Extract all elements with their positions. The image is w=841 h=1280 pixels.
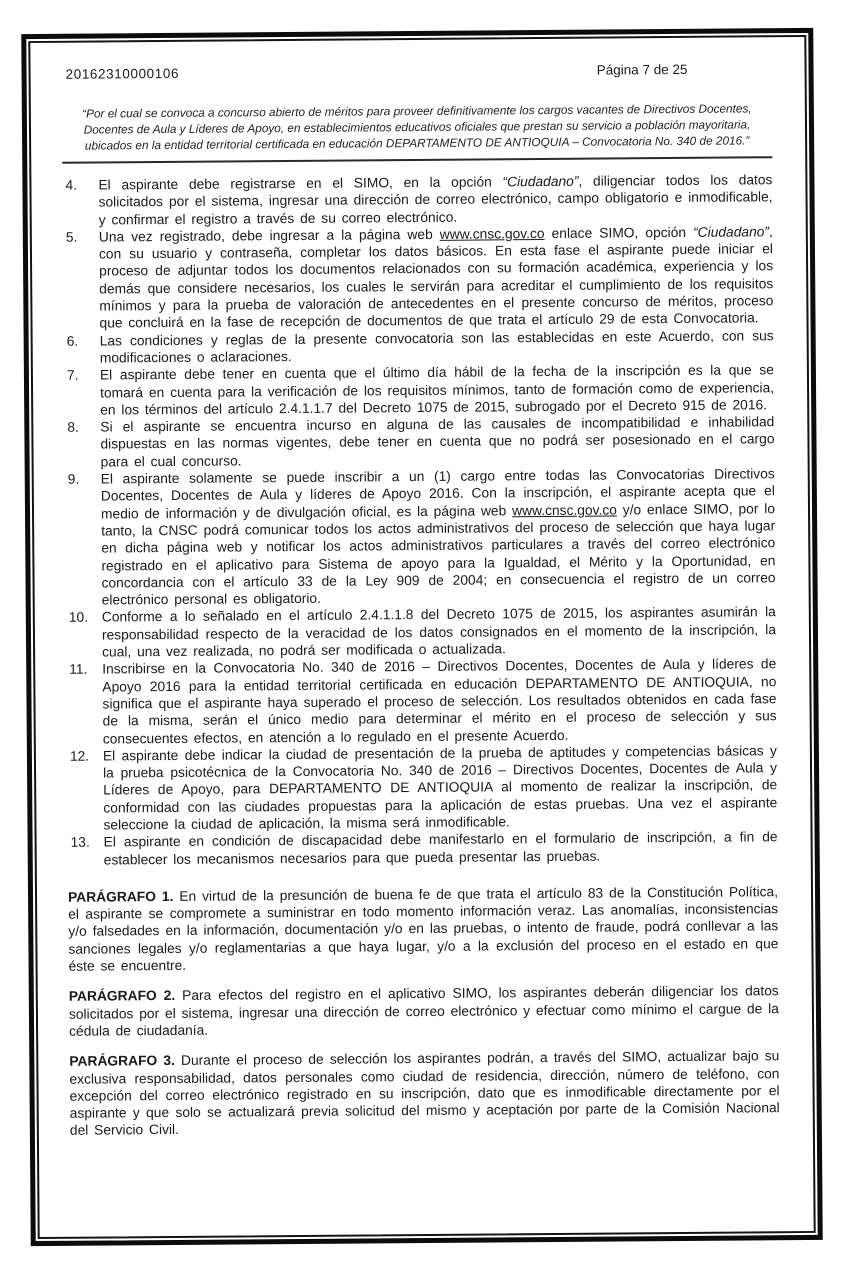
item-text: El aspirante debe indicar la ciudad de p… <box>103 742 778 834</box>
item-text: Conforme a lo señalado en el artículo 2.… <box>102 604 776 661</box>
page-content: 20162310000106 Página 7 de 25 “Por el cu… <box>32 39 811 1235</box>
paragraph: PARÁGRAFO 2. Para efectos del registro e… <box>69 983 779 1040</box>
list-item: 7. El aspirante debe tener en cuenta que… <box>64 361 774 418</box>
list-item: 12. El aspirante debe indicar la ciudad … <box>67 742 778 834</box>
item-text: El aspirante debe tener en cuenta que el… <box>100 361 774 418</box>
list-item: 8. Si el aspirante se encuentra incurso … <box>64 413 774 470</box>
item-text: El aspirante en condición de discapacida… <box>104 828 778 868</box>
paragraphs-section: PARÁGRAFO 1. En virtud de la presunción … <box>68 883 780 1139</box>
text-run: El aspirante debe registrarse en el SIMO… <box>98 174 502 192</box>
doc-header: 20162310000106 Página 7 de 25 <box>62 61 772 83</box>
document-page: 20162310000106 Página 7 de 25 “Por el cu… <box>0 0 841 1280</box>
item-text: Si el aspirante se encuentra incurso en … <box>100 413 774 470</box>
paragraph: PARÁGRAFO 1. En virtud de la presunción … <box>68 883 779 975</box>
item-number: 10. <box>66 609 102 661</box>
header-quote: “Por el cual se convoca a concurso abier… <box>72 100 762 153</box>
item-number: 13. <box>68 834 104 869</box>
separator-line <box>62 156 772 164</box>
list-item: 13. El aspirante en condición de discapa… <box>68 828 778 868</box>
doc-number: 20162310000106 <box>62 66 180 83</box>
text-run: Una vez registrado, debe ingresar a la p… <box>99 227 440 245</box>
list-item: 4. El aspirante debe registrarse en el S… <box>62 171 772 228</box>
list-item: 11. Inscribirse en la Convocatoria No. 3… <box>66 656 777 748</box>
text-run: El aspirante debe tener en cuenta que el… <box>100 362 774 417</box>
item-text: El aspirante debe registrarse en el SIMO… <box>98 171 772 228</box>
text-run: “Ciudadano” <box>693 224 769 240</box>
page-border-frame: 20162310000106 Página 7 de 25 “Por el cu… <box>21 28 822 1246</box>
item-number: 12. <box>67 747 104 834</box>
text-run: “Ciudadano” <box>502 174 578 190</box>
item-number: 4. <box>62 177 98 229</box>
list-item: 6. Las condiciones y reglas de la presen… <box>64 327 774 367</box>
inner-border: 20162310000106 Página 7 de 25 “Por el cu… <box>28 35 815 1239</box>
page-indicator: Página 7 de 25 <box>597 62 688 79</box>
paragraph-lead: PARÁGRAFO 2. <box>69 988 182 1004</box>
item-text: El aspirante solamente se puede inscribi… <box>101 465 776 609</box>
numbered-list: 4. El aspirante debe registrarse en el S… <box>62 171 777 868</box>
paragraph: PARÁGRAFO 3. Durante el proceso de selec… <box>69 1047 780 1139</box>
item-number: 8. <box>64 419 100 471</box>
item-text: Inscribirse en la Convocatoria No. 340 d… <box>102 656 777 748</box>
url-text: www.cnsc.gov.co <box>440 226 545 242</box>
text-run: Las condiciones y reglas de la presente … <box>100 328 774 366</box>
list-item: 5. Una vez registrado, debe ingresar a l… <box>63 223 774 332</box>
paragraph-lead: PARÁGRAFO 1. <box>68 889 179 905</box>
paragraph-lead: PARÁGRAFO 3. <box>69 1053 181 1069</box>
list-item: 10. Conforme a lo señalado en el artícul… <box>66 604 776 661</box>
item-number: 9. <box>65 471 102 610</box>
item-number: 6. <box>64 332 100 367</box>
item-number: 7. <box>64 367 100 419</box>
text-run: Conforme a lo señalado en el artículo 2.… <box>102 605 776 660</box>
text-run: Inscribirse en la Convocatoria No. 340 d… <box>102 657 777 746</box>
text-run: enlace SIMO, opción <box>544 225 693 241</box>
list-item: 9. El aspirante solamente se puede inscr… <box>65 465 776 609</box>
text-run: Si el aspirante se encuentra incurso en … <box>100 414 774 469</box>
item-text: Las condiciones y reglas de la presente … <box>100 327 774 367</box>
item-number: 5. <box>63 228 100 332</box>
text-run: El aspirante debe indicar la ciudad de p… <box>103 743 778 832</box>
item-number: 11. <box>66 661 103 748</box>
text-run: El aspirante en condición de discapacida… <box>104 829 778 867</box>
item-text: Una vez registrado, debe ingresar a la p… <box>99 223 774 332</box>
url-text: www.cnsc.gov.co <box>512 502 617 518</box>
